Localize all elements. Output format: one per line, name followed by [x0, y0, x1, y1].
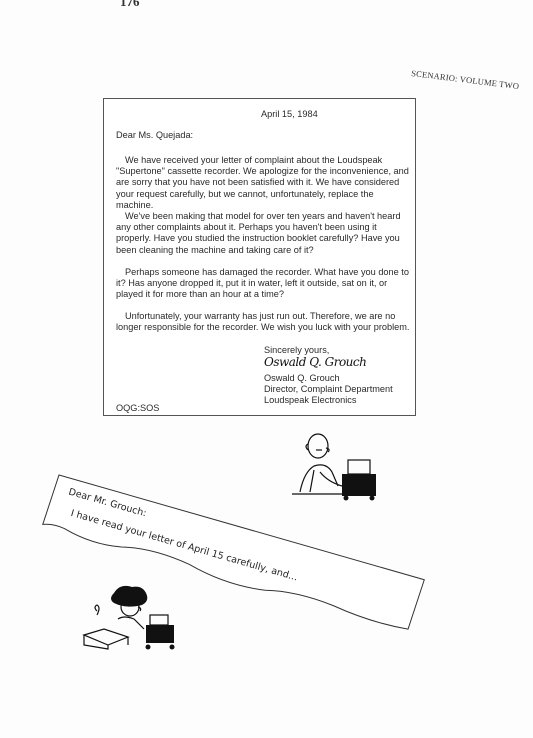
signer-name: Oswald Q. Grouch [264, 373, 393, 384]
signer-block: Oswald Q. Grouch Director, Complaint Dep… [264, 373, 393, 406]
letter-paragraph: Unfortunately, your warranty has just ru… [116, 311, 412, 333]
complaint-response-letter: April 15, 1984 Dear Ms. Quejada: We have… [103, 98, 416, 416]
signer-title: Director, Complaint Department [264, 384, 393, 395]
page-number: 176 [120, 0, 140, 10]
man-typewriter-illustration [290, 430, 390, 515]
handwritten-signature: Oswald Q. Grouch [264, 357, 366, 368]
letter-paragraph: We have received your letter of complain… [116, 155, 412, 211]
signer-company: Loudspeak Electronics [264, 395, 393, 406]
letter-salutation: Dear Ms. Quejada: [116, 130, 193, 141]
reference-initials: OQG:SOS [116, 403, 159, 414]
running-head: SCENARIO: VOLUME TWO [411, 68, 520, 91]
letter-paragraph: We've been making that model for over te… [116, 211, 412, 256]
letter-date: April 15, 1984 [261, 109, 318, 120]
woman-typewriter-illustration [62, 585, 192, 660]
letter-paragraph: Perhaps someone has damaged the recorder… [116, 267, 412, 301]
